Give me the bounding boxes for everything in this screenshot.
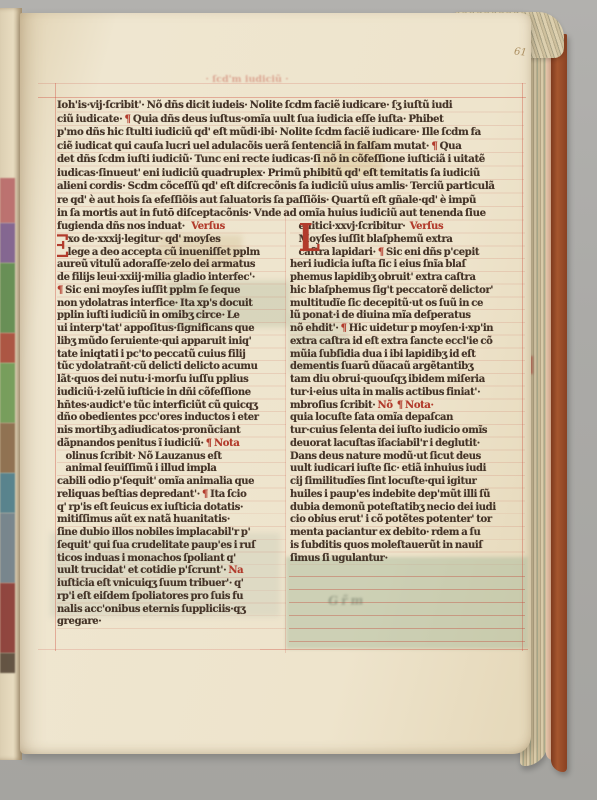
- text-line: hic blaſphemus ſig't peccatorẽ delictor': [290, 285, 525, 298]
- text-line: Ioh'is·vij·ſcribit'· Nõ dñs dicit iudeis…: [57, 99, 524, 113]
- text-line: mũia ſubſidia dua i ibi lapidibʒ id eſt: [290, 349, 525, 362]
- text-line: quia locuſte ſata omĩa depaſcan: [290, 412, 525, 425]
- text-line: fugienda dñs nos induat· Verſus: [57, 221, 286, 234]
- book-cover-edge: [551, 34, 567, 772]
- text-line: de filijs leui·xxiij·milia gladio interf…: [57, 272, 286, 285]
- text-line: q' rp'is eſt ſeuicus ex iuſticia dotatis…: [57, 502, 286, 515]
- miniature-fragment-figure-purple: [0, 223, 15, 263]
- text-line: Moyſes iuſſit blaſphemũ extra: [290, 234, 525, 247]
- text-line: rp'i eſt eiſdem ſpoliatores pro ſuis fu: [57, 591, 286, 604]
- miniature-fragment-ground-brown: [0, 423, 15, 473]
- text-line: pplin iuſti iudiciũ in omibʒ circe· Le: [57, 310, 286, 323]
- text-line: xo de·xxxij·legitur· qd' moyſes: [57, 234, 286, 247]
- text-line: ticos induas i monachos ſpoliant q': [57, 553, 286, 566]
- text-line: libʒ mũdo ſeruiente·qui apparuit iniq': [57, 336, 286, 349]
- text-line: dãpnandos penitus ĩ iudiciũ· ¶ Nota: [57, 438, 286, 451]
- text-line: det dñs ſcdm iuſti iudiciũ· Tunc eni rec…: [57, 153, 524, 167]
- text-line: tam diu obrui·quouſqʒ ibidem miſeria: [290, 374, 525, 387]
- text-line: nõ ehdit'· ¶ Hic uidetur p moyſen·i·xp'i…: [290, 323, 525, 336]
- text-line: gregare·: [57, 616, 286, 629]
- text-line: lege a deo accepta cũ inueniſſet pplm: [57, 247, 286, 260]
- text-line: caſtra lapidari· ¶ Sic eni dñs p'cepit: [290, 247, 525, 260]
- photograph-background: · ſcd'm iudiciũ · 61 Ioh'is·vij·ſcribit'…: [0, 0, 597, 800]
- text-line: deuorat lacuſtas ĩſaciabil'r i deglutit·: [290, 438, 525, 451]
- ruling-line-horizontal-bottom: [260, 649, 528, 650]
- text-line: re qd' è aut hois ſa efeſſiõis aut ſalua…: [57, 194, 524, 208]
- text-line: alieni cordis· Scdm cõceſſũ qd' eſt diſc…: [57, 180, 524, 194]
- text-line: Dans deus nature modũ·ut ſicut deus: [290, 451, 525, 464]
- text-line: olinus ſcribit· Nõ Lauzanus eſt: [57, 451, 286, 464]
- text-line: animal ſeuiſſimũ i illud impla: [57, 463, 286, 476]
- left-text-column: E fugienda dñs nos induat· Verſus xo de·…: [57, 221, 286, 630]
- drop-cap-initial-E: E: [57, 232, 69, 263]
- text-line: dño obedientes pcc'ores inductos i eter: [57, 412, 286, 425]
- text-line: tũc ydolatrañt·cũ delicti delicto acumu: [57, 361, 286, 374]
- text-line: extra caſtra id eſt extra ſancte eccl'ie…: [290, 336, 525, 349]
- text-line: ciẽ iudicat qui cauſa lucri uel adulacõi…: [57, 140, 524, 154]
- text-line: cij ſimilitudĩes ſint locuſte·qui igitur: [290, 476, 525, 489]
- text-line: iudicas·ſinueut' eni iudiciũ quadruplex·…: [57, 167, 524, 181]
- text-line: tur·cuius ſelenta dei iuſto iudicio omĩs: [290, 425, 525, 438]
- miniature-fragment-stone-gray: [0, 513, 15, 583]
- text-line: hñtes·audict'e tũc interficiũt cũ quicqʒ: [57, 400, 286, 413]
- text-line: iudiciũ·i·zelũ iuſticie in dñi cõfeſſion…: [57, 387, 286, 400]
- miniature-fragment-border-dark: [0, 653, 15, 673]
- text-line: euitici·xxvj·ſcribitur· Verſus: [290, 221, 525, 234]
- text-line: p'mo dñs hic ſtulti iudiciũ qd' eſt mũdi…: [57, 126, 524, 140]
- text-line: dementis ſuarũ dũacaũ argẽtantibʒ: [290, 361, 525, 374]
- miniature-fragment-figure-pink: [0, 178, 15, 223]
- facing-page-sliver: [0, 8, 22, 760]
- text-line: cabili odio p'ſequit' omĩa animalia que: [57, 476, 286, 489]
- text-line: mbroſius ſcribit· Nõ ¶ Nota·: [290, 400, 525, 413]
- text-line: ¶ Sic eni moyſes iuſſit pplm ſe ſeque: [57, 285, 286, 298]
- folio-number: 61: [513, 46, 527, 58]
- text-line: lãt·quos dei nutu·i·morſu iuſſu pplius: [57, 374, 286, 387]
- text-line: dubia demonũ poteſtatibʒ necio dei iudi: [290, 502, 525, 515]
- text-line: multitudĩe ſic decepitũ·ut os ſuũ in ce: [290, 298, 525, 311]
- ruling-line-horizontal-bottom-left: [38, 649, 260, 650]
- miniature-fragment-border-darkred: [0, 583, 15, 653]
- text-line: uult trucidat' et cotidie p'ſcrunt'· Na: [57, 565, 286, 578]
- text-line: menta paciantur ex debito· rdem a ſu: [290, 527, 525, 540]
- text-line: ciũ iudicate· ¶ Quia dñs deus iuſtus·omĩ…: [57, 113, 524, 127]
- miniature-fragment-robe-red: [0, 333, 15, 363]
- text-line: lũ ponat·i de diuina mĩa deſperatus: [290, 310, 525, 323]
- text-line: tate iniqtati i pc'to peccatũ cuius fili…: [57, 349, 286, 362]
- right-text-column: L euitici·xxvj·ſcribitur· Verſus Moyſes …: [290, 221, 525, 566]
- text-line: huiles i paup'es indebite dep'mũt illi ſ…: [290, 489, 525, 502]
- miniature-fragment-water-teal: [0, 473, 15, 513]
- top-text-block: Ioh'is·vij·ſcribit'· Nõ dñs dicit iudeis…: [57, 99, 524, 221]
- text-line: in ſa mortis aut in futō diſceptacõnis· …: [57, 207, 524, 221]
- ruling-line-vertical-left: [55, 83, 56, 651]
- text-line: uult iudicari iuſte ſic· etiã inhuius iu…: [290, 463, 525, 476]
- text-line: non ydolatras interfice· Ita xp's docuit: [57, 298, 286, 311]
- text-line: nalis acc'onibus eternis ſuppliciis·qʒ: [57, 604, 286, 617]
- manuscript-page: · ſcd'm iudiciũ · 61 Ioh'is·vij·ſcribit'…: [20, 13, 531, 754]
- drop-cap-initial-L: L: [299, 221, 320, 257]
- miniature-fragment-foliage-green: [0, 263, 15, 333]
- ruling-line-horizontal-header: [38, 97, 526, 98]
- text-line: ſine dubio illos nobiles implacabil'r p': [57, 527, 286, 540]
- text-line: reliquas beſtias depredant'· ¶ Ita ſcio: [57, 489, 286, 502]
- text-line: mitiſſimus aũt ex natã huanitatis·: [57, 514, 286, 527]
- text-line: aureũ vitulũ adoraſſe·zelo dei armatus: [57, 259, 286, 272]
- text-line: cio obius erut' i cõ potẽtes potenter' t…: [290, 514, 525, 527]
- text-line: nis mortibʒ adiudicatos·pronũciant: [57, 425, 286, 438]
- stamp-bleed: Gr̃m: [327, 592, 438, 608]
- text-line: phemus lapidibʒ obruit' extra caſtra: [290, 272, 525, 285]
- text-line: tur·i·eius uita in malis actibus finiat'…: [290, 387, 525, 400]
- running-header-bleed: · ſcd'm iudiciũ ·: [182, 74, 312, 85]
- text-line: is ſubditis quos moleſtauerũt in nauiſ: [290, 540, 525, 553]
- text-line: iuſticia eſt vnicuiqʒ ſuum tribuer'· q': [57, 578, 286, 591]
- miniature-fragment-foliage-green2: [0, 363, 15, 423]
- text-line: ſequit' qui ſua crudelitate paup'es i ru…: [57, 540, 286, 553]
- text-line: heri iudicia iuſta ſic i eius ſnĩa blaſ: [290, 259, 525, 272]
- text-line: ui interp'tat' appoſitus·ſignificans que: [57, 323, 286, 336]
